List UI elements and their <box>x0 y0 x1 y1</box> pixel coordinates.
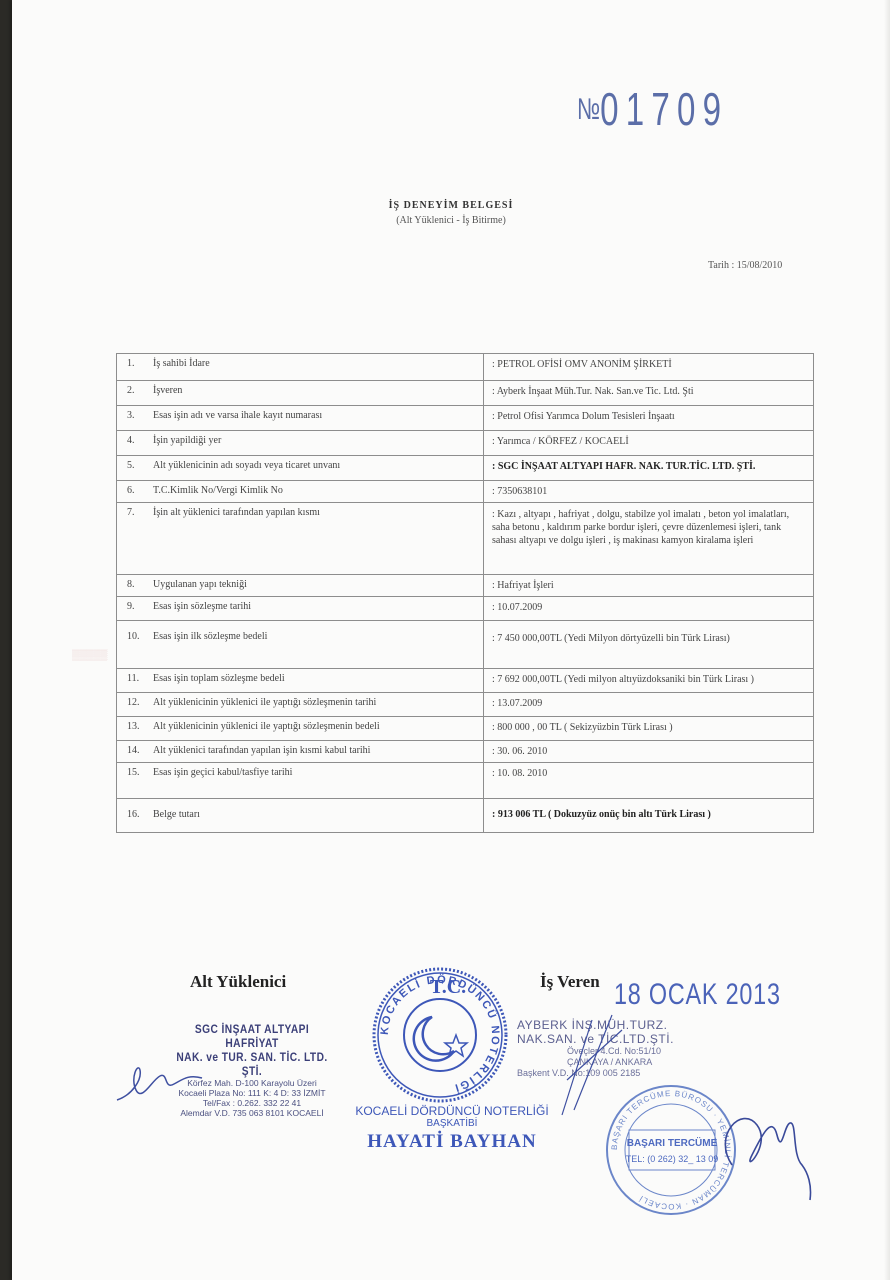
row-label: İşin yapildiği yer <box>153 435 221 446</box>
row-label: T.C.Kimlik No/Vergi Kimlik No <box>153 485 283 496</box>
table-row: 8.Uygulanan yapı tekniği: Hafriyat İşler… <box>117 575 814 597</box>
row-number: 16. <box>123 809 153 820</box>
date-stamp: 18 OCAK 2013 <box>614 978 781 1012</box>
row-value: : 7 692 000,00TL (Yedi milyon altıyüzdok… <box>484 669 814 693</box>
svg-text:T.C.: T.C. <box>430 976 466 998</box>
row-label-cell: 8.Uygulanan yapı tekniği <box>117 575 484 597</box>
notary-name: HAYATİ BAYHAN <box>312 1131 592 1153</box>
row-value: : Petrol Ofisi Yarımca Dolum Tesisleri İ… <box>484 406 814 431</box>
translator-seal-icon: BAŞARI TERCÜME BÜROSU · YEMİNLİ TERCÜMAN… <box>604 1080 739 1220</box>
employer-tax: Başkent V.D. No:109 005 2185 <box>517 1068 747 1079</box>
row-number: 5. <box>123 460 153 471</box>
serial-number-stamp: №01709 <box>577 82 728 136</box>
row-label-cell: 16.Belge tutarı <box>117 799 484 833</box>
row-label: Esas işin adı ve varsa ihale kayıt numar… <box>153 410 322 421</box>
row-label: İş sahibi İdare <box>153 358 210 369</box>
row-label: Uygulanan yapı tekniği <box>153 579 247 590</box>
row-number: 13. <box>123 721 153 732</box>
notary-seal-icon: KOCAELİ DÖRDÜNCÜ NOTERLİĞİ T.C. <box>370 965 510 1105</box>
table-row: 4.İşin yapildiği yer: Yarımca / KÖRFEZ /… <box>117 431 814 456</box>
row-label-cell: 10.Esas işin ilk sözleşme bedeli <box>117 621 484 669</box>
row-value: : Yarımca / KÖRFEZ / KOCAELİ <box>484 431 814 456</box>
table-row: 10.Esas işin ilk sözleşme bedeli: 7 450 … <box>117 621 814 669</box>
row-number: 12. <box>123 697 153 708</box>
row-number: 3. <box>123 410 153 421</box>
row-value: : 10.07.2009 <box>484 597 814 621</box>
row-label-cell: 4.İşin yapildiği yer <box>117 431 484 456</box>
table-row: 6.T.C.Kimlik No/Vergi Kimlik No: 7350638… <box>117 481 814 503</box>
row-number: 4. <box>123 435 153 446</box>
table-row: 2.İşveren: Ayberk İnşaat Müh.Tur. Nak. S… <box>117 381 814 406</box>
table-row: 16.Belge tutarı: 913 006 TL ( Dokuzyüz o… <box>117 799 814 833</box>
row-number: 9. <box>123 601 153 612</box>
experience-table: 1.İş sahibi İdare: PETROL OFİSİ OMV ANON… <box>116 353 814 833</box>
row-value: : 13.07.2009 <box>484 693 814 717</box>
subcontractor-company-line2: NAK. ve TUR. SAN. TİC. LTD. ŞTİ. <box>167 1050 337 1078</box>
row-label: Esas işin toplam sözleşme bedeli <box>153 673 285 684</box>
table-row: 11.Esas işin toplam sözleşme bedeli: 7 6… <box>117 669 814 693</box>
row-label: Esas işin ilk sözleşme bedeli <box>153 631 267 642</box>
row-value: : 800 000 , 00 TL ( Sekizyüzbin Türk Lir… <box>484 717 814 741</box>
row-label: Esas işin sözleşme tarihi <box>153 601 251 612</box>
document-subtitle: (Alt Yüklenici - İş Bitirme) <box>12 215 890 226</box>
serial-number: 01709 <box>600 83 728 135</box>
row-label: Esas işin geçici kabul/tasfiye tarihi <box>153 767 292 778</box>
table-row: 1.İş sahibi İdare: PETROL OFİSİ OMV ANON… <box>117 354 814 381</box>
row-label: İşin alt yüklenici tarafından yapılan kı… <box>153 507 353 518</box>
row-number: 8. <box>123 579 153 590</box>
row-number: 7. <box>123 507 153 518</box>
employer-stamp: AYBERK İNŞ.MÜH.TURZ. NAK.SAN. ve TİC.LTD… <box>517 1018 747 1079</box>
row-value: : 7350638101 <box>484 481 814 503</box>
employer-company-line2: NAK.SAN. ve TİC.LTD.ŞTİ. <box>517 1032 747 1046</box>
notary-office: KOCAELİ DÖRDÜNCÜ NOTERLİĞİ <box>312 1104 592 1118</box>
row-label: Alt yüklenici tarafından yapılan işin kı… <box>153 745 370 756</box>
row-label: Alt yüklenicinin adı soyadı veya ticaret… <box>153 460 340 471</box>
subcontractor-address1: Körfez Mah. D-100 Karayolu Üzeri <box>152 1078 352 1088</box>
svg-text:TEL: (0 262) 32_ 13 09: TEL: (0 262) 32_ 13 09 <box>626 1154 719 1164</box>
subcontractor-address2: Kocaeli Plaza No: 111 K: 4 D: 33 İZMİT <box>152 1088 352 1098</box>
employer-address1: Öveçler 4.Cd. No:51/10 <box>517 1046 747 1057</box>
table-row: 5.Alt yüklenicinin adı soyadı veya ticar… <box>117 456 814 481</box>
row-value: : Hafriyat İşleri <box>484 575 814 597</box>
subcontractor-title: Alt Yüklenici <box>190 972 286 992</box>
row-value: : 30. 06. 2010 <box>484 741 814 763</box>
row-value: : Ayberk İnşaat Müh.Tur. Nak. San.ve Tic… <box>484 381 814 406</box>
row-label-cell: 9.Esas işin sözleşme tarihi <box>117 597 484 621</box>
row-value: : 913 006 TL ( Dokuzyüz onüç bin altı Tü… <box>484 799 814 833</box>
row-value: : Kazı , altyapı , hafriyat , dolgu, sta… <box>484 503 814 575</box>
table-row: 7.İşin alt yüklenici tarafından yapılan … <box>117 503 814 575</box>
table-row: 12.Alt yüklenicinin yüklenici ile yaptığ… <box>117 693 814 717</box>
row-label-cell: 14.Alt yüklenici tarafından yapılan işin… <box>117 741 484 763</box>
row-label-cell: 12.Alt yüklenicinin yüklenici ile yaptığ… <box>117 693 484 717</box>
row-number: 11. <box>123 673 153 684</box>
row-label: Belge tutarı <box>153 809 200 820</box>
row-number: 1. <box>123 358 153 369</box>
row-label-cell: 2.İşveren <box>117 381 484 406</box>
svg-text:BAŞARI TERCÜME BÜROSU · YEMİNL: BAŞARI TERCÜME BÜROSU · YEMİNLİ TERCÜMAN… <box>610 1089 732 1211</box>
row-number: 15. <box>123 767 153 778</box>
employer-company-line1: AYBERK İNŞ.MÜH.TURZ. <box>517 1018 747 1032</box>
row-label-cell: 11.Esas işin toplam sözleşme bedeli <box>117 669 484 693</box>
row-number: 10. <box>123 631 153 642</box>
table-row: 9.Esas işin sözleşme tarihi: 10.07.2009 <box>117 597 814 621</box>
row-label-cell: 5.Alt yüklenicinin adı soyadı veya ticar… <box>117 456 484 481</box>
employer-address2: ÇANKAYA / ANKARA <box>517 1057 747 1068</box>
numero-sign: № <box>577 93 600 126</box>
row-label: İşveren <box>153 385 182 396</box>
row-number: 6. <box>123 485 153 496</box>
document-date: Tarih : 15/08/2010 <box>708 260 782 271</box>
row-label-cell: 7.İşin alt yüklenici tarafından yapılan … <box>117 503 484 575</box>
table-row: 14.Alt yüklenici tarafından yapılan işin… <box>117 741 814 763</box>
row-number: 14. <box>123 745 153 756</box>
notary-label: KOCAELİ DÖRDÜNCÜ NOTERLİĞİ BAŞKATİBİ HAY… <box>312 1104 592 1153</box>
row-label-cell: 3.Esas işin adı ve varsa ihale kayıt num… <box>117 406 484 431</box>
row-label: Alt yüklenicinin yüklenici ile yaptığı s… <box>153 697 376 708</box>
row-label-cell: 15.Esas işin geçici kabul/tasfiye tarihi <box>117 763 484 799</box>
document-page: №01709 İŞ DENEYİM BELGESİ (Alt Yüklenici… <box>12 0 890 1280</box>
row-value: : SGC İNŞAAT ALTYAPI HAFR. NAK. TUR.TİC.… <box>484 456 814 481</box>
row-value: : 10. 08. 2010 <box>484 763 814 799</box>
table-row: 3.Esas işin adı ve varsa ihale kayıt num… <box>117 406 814 431</box>
notary-role: BAŞKATİBİ <box>312 1118 592 1129</box>
document-title: İŞ DENEYİM BELGESİ <box>12 200 890 211</box>
row-label-cell: 1.İş sahibi İdare <box>117 354 484 381</box>
subcontractor-company-line1: SGC İNŞAAT ALTYAPI HAFRİYAT <box>167 1022 337 1050</box>
employer-title: İş Veren <box>540 972 600 992</box>
row-value: : 7 450 000,00TL (Yedi Milyon dörtyüzell… <box>484 621 814 669</box>
row-number: 2. <box>123 385 153 396</box>
svg-text:BAŞARI TERCÜME: BAŞARI TERCÜME <box>627 1136 718 1149</box>
row-value: : PETROL OFİSİ OMV ANONİM ŞİRKETİ <box>484 354 814 381</box>
table-row: 15.Esas işin geçici kabul/tasfiye tarihi… <box>117 763 814 799</box>
row-label: Alt yüklenicinin yüklenici ile yaptığı s… <box>153 721 380 732</box>
row-label-cell: 13.Alt yüklenicinin yüklenici ile yaptığ… <box>117 717 484 741</box>
row-label-cell: 6.T.C.Kimlik No/Vergi Kimlik No <box>117 481 484 503</box>
bleed-through-mark: ▒▒▒▒▒ <box>72 650 107 661</box>
table-row: 13.Alt yüklenicinin yüklenici ile yaptığ… <box>117 717 814 741</box>
